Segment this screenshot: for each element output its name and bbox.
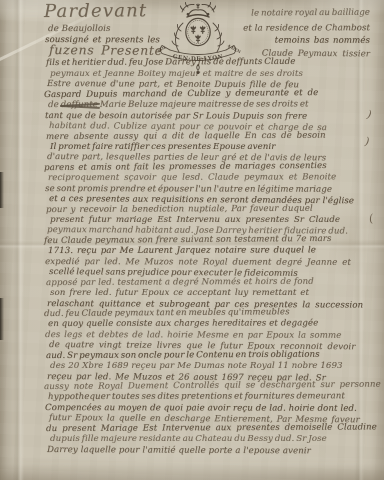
page-edge-shadow [0, 172, 4, 208]
manuscript-line: des 20 Xbre 1689 reçeu par Me Dumas note… [50, 361, 376, 371]
manuscript-line: hyppothequer toutes ses dites pretention… [48, 392, 376, 403]
manuscript-line: se sont promis prendre et épouser l'un l… [45, 184, 376, 195]
manuscript-line: present futur mariage Est Intervenu aux … [50, 215, 376, 225]
manuscript-line: 1713. reçu par Me Laurent Jarquez notair… [48, 246, 376, 257]
manuscript-line: en quoy quelle consiste aux charges here… [48, 319, 376, 330]
manuscript-line: de Beaujolloiset la residence de Chambos… [48, 23, 376, 35]
manuscript-text: Pardevantle notaire royal au bailliagede… [44, 7, 376, 480]
manuscript-line: apposé par led. testament a degré Nommés… [46, 276, 376, 288]
manuscript-line-left: fuzens Presente [49, 45, 163, 56]
manuscript-line: reciproquement sçavoir que lesd. Claude … [48, 172, 376, 183]
manuscript-line: Gaspard Dupuis marchand de Cublize y dem… [44, 87, 376, 100]
manuscript-line-left: de Beaujollois [48, 24, 110, 35]
manuscript-line: Il promet faire ratiffier ces presentes … [50, 142, 376, 152]
manuscript-line: Pardevantle notaire royal au bailliage [44, 5, 376, 24]
manuscript-line: son frere led. futur Epoux ce acceptant … [50, 288, 376, 298]
manuscript-line-left: Pardevant [44, 6, 147, 17]
page-edge-shadow [0, 298, 4, 340]
fold-crease-left [13, 0, 24, 480]
manuscript-line-right: et la residence de Chambost [243, 23, 370, 34]
manuscript-line: Darrey laquelle pour l'amitié quelle por… [47, 445, 376, 457]
manuscript-line: de deffunte Marie Beluze majeure maitres… [48, 99, 376, 110]
manuscript-line-right: le notaire royal au bailliage [251, 8, 370, 19]
manuscript-line: du present Mariage Est Intervenue aux pr… [46, 422, 376, 434]
manuscript-line: pour y recevoir la benediction nuptiale,… [46, 203, 376, 215]
manuscript-line-right: temoins bas nommés [275, 36, 370, 47]
manuscript-line: mere absente aussy qui a dit de laquelle… [46, 130, 376, 142]
manuscript-line: tant que de besoin autorisée par Sr Loui… [45, 111, 376, 122]
manuscript-line: dupuis fille majeure residante au Chatea… [50, 434, 376, 444]
manuscript-page: GEN·DE·LYON SOL 4·DEN Pardevantle notair… [0, 0, 384, 480]
struck-out-word: deffunte [61, 100, 98, 111]
manuscript-line: peymaux et Jeanne Boitey majeur et maitr… [50, 69, 376, 79]
manuscript-line: fils et heritier dud. feu Jose Darrey fi… [46, 57, 376, 69]
manuscript-line: expedié par led. Me Muzos note Royal due… [45, 257, 376, 268]
manuscript-line: aud. Sr peymaux son oncle pour le Conten… [46, 349, 376, 361]
manuscript-line: parens et amis ont fait les promesses de… [44, 160, 376, 173]
